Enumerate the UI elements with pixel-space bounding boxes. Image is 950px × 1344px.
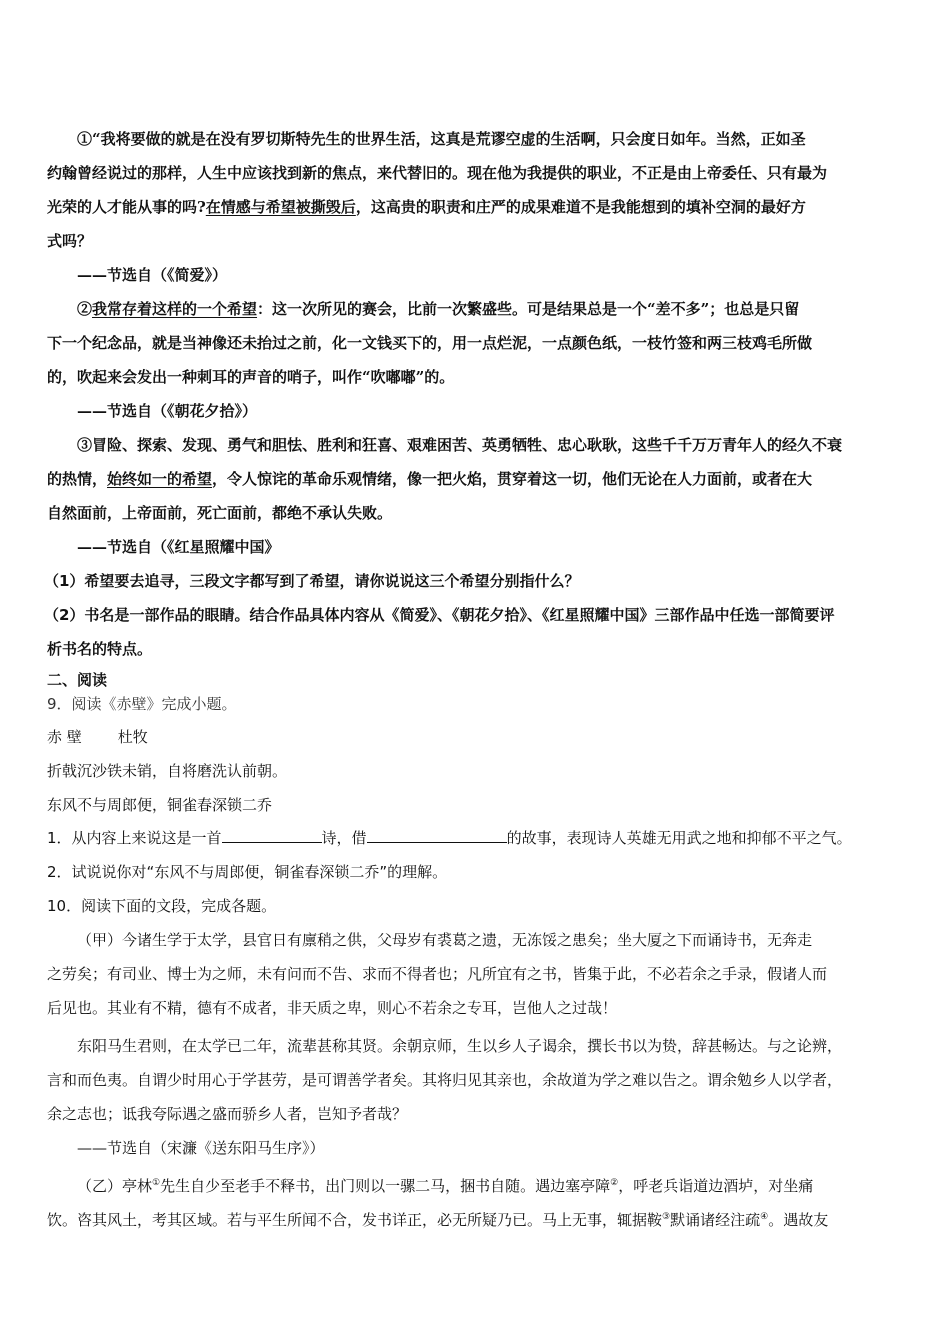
answer-blank-1[interactable] <box>222 828 322 843</box>
passage-jia-line5: 言和而色夷。自谓少时用心于学甚劳，是可谓善学者矣。其将归见其亲也，余故道为学之难… <box>47 1070 842 1090</box>
passage1-line1: ①“我将要做的就是在没有罗切斯特先生的世界生活，这真是荒谬空虚的生活啊，只会度日… <box>77 129 806 149</box>
poem-author: 杜牧 <box>118 728 148 746</box>
passage2-line1: ②我常存着这样的一个希望：这一次所见的赛会，比前一次繁盛些。可是结果总是一个“差… <box>77 299 799 319</box>
question-9-2: 2．试说说你对“东风不与周郎便，铜雀春深锁二乔”的理解。 <box>47 862 447 882</box>
passage-yi-line2: 饮。咨其风土，考其区域。若与平生所闻不合，发书详正，必无所疑乃已。马上无事，辄据… <box>47 1210 828 1230</box>
passage-jia-line4: 东阳马生君则，在太学已二年，流辈甚称其贤。余朝京师，生以乡人子谒余，撰长书以为贽… <box>77 1036 842 1056</box>
passage3-source: ——节选自（《红星照耀中国》 <box>77 537 280 557</box>
passage1-line3: 光荣的人才能从事的吗?在情感与希望被撕毁后，这高贵的职责和庄严的成果难道不是我能… <box>47 197 806 217</box>
underlined-phrase: 在情感与希望被撕毁后 <box>206 198 356 216</box>
underlined-phrase: 始终如一的希望 <box>107 470 212 488</box>
passage2-source: ——节选自（《朝花夕拾》） <box>77 401 257 421</box>
passage-jia-line1: （甲）今诸生学于太学，县官日有廪稍之供，父母岁有裘葛之遗，无冻馁之患矣；坐大厦之… <box>77 930 812 950</box>
circled-number-2: ② <box>77 300 92 318</box>
poem-line-2: 东风不与周郎便，铜雀春深锁二乔 <box>47 795 272 815</box>
question-10-title: 10．阅读下面的文段，完成各题。 <box>47 896 276 916</box>
passage-yi-line1: （乙）亭林①先生自少至老手不释书，出门则以一骡二马，捆书自随。遇边塞亭障②，呼老… <box>77 1176 813 1196</box>
question-8-2-line1: （2）书名是一部作品的眼睛。结合作品具体内容从《简爱》、《朝花夕拾》、《红星照耀… <box>44 605 834 625</box>
passage2-line3: 的，吹起来会发出一种刺耳的声音的哨子，叫作“吹嘟嘟”的。 <box>47 367 454 387</box>
footnote-3: ③ <box>662 1212 670 1222</box>
poem-title: 赤 壁 <box>47 728 82 746</box>
passage2-line2: 下一个纪念品，就是当神像还未抬过之前，化一文钱买下的，用一点烂泥，一点颜色纸，一… <box>47 333 812 353</box>
poem-line-1: 折戟沉沙铁未销，自将磨洗认前朝。 <box>47 761 287 781</box>
section-heading: 二、阅读 <box>47 670 107 690</box>
question-8-1: （1）希望要去追寻，三段文字都写到了希望，请你说说这三个希望分别指什么？ <box>44 571 579 591</box>
passage1-line4: 式吗？ <box>47 231 92 251</box>
passage3-line1: ③冒险、探索、发现、勇气和胆怯、胜利和狂喜、艰难困苦、英勇牺牲、忠心耿耿，这些千… <box>77 435 842 455</box>
footnote-4: ④ <box>760 1212 768 1222</box>
passage1-source: ——节选自（《简爱》） <box>77 265 227 285</box>
answer-blank-2[interactable] <box>367 828 507 843</box>
passage1-line2: 约翰曾经说过的那样，人生中应该找到新的焦点，来代替旧的。现在他为我提供的职业，不… <box>47 163 827 183</box>
passage-jia-line2: 之劳矣；有司业、博士为之师，未有问而不告、求而不得者也；凡所宜有之书，皆集于此，… <box>47 964 827 984</box>
passage3-line3: 自然面前，上帝面前，死亡面前，都绝不承认失败。 <box>47 503 392 523</box>
underlined-phrase: 我常存着这样的一个希望 <box>92 300 257 318</box>
question-9-title: 9．阅读《赤壁》完成小题。 <box>47 694 237 714</box>
question-9-1: 1．从内容上来说这是一首诗，借的故事，表现诗人英雄无用武之地和抑郁不平之气。 <box>47 828 852 848</box>
poem-title-line: 赤 壁杜牧 <box>47 727 148 747</box>
circled-number-3: ③ <box>77 436 92 454</box>
circled-number-1: ① <box>77 130 92 148</box>
footnote-1: ① <box>152 1178 160 1188</box>
passage-jia-source: ——节选自（宋濂《送东阳马生序》） <box>77 1138 325 1158</box>
passage-jia-line6: 余之志也；诋我夸际遇之盛而骄乡人者，岂知予者哉？ <box>47 1104 407 1124</box>
question-8-2-line2: 析书名的特点。 <box>47 639 152 659</box>
passage-jia-line3: 后见也。其业有不精，德有不成者，非天质之卑，则心不若余之专耳，岂他人之过哉！ <box>47 998 617 1018</box>
footnote-2: ② <box>610 1178 618 1188</box>
passage3-line2: 的热情，始终如一的希望，令人惊诧的革命乐观情绪，像一把火焰，贯穿着这一切，他们无… <box>47 469 812 489</box>
